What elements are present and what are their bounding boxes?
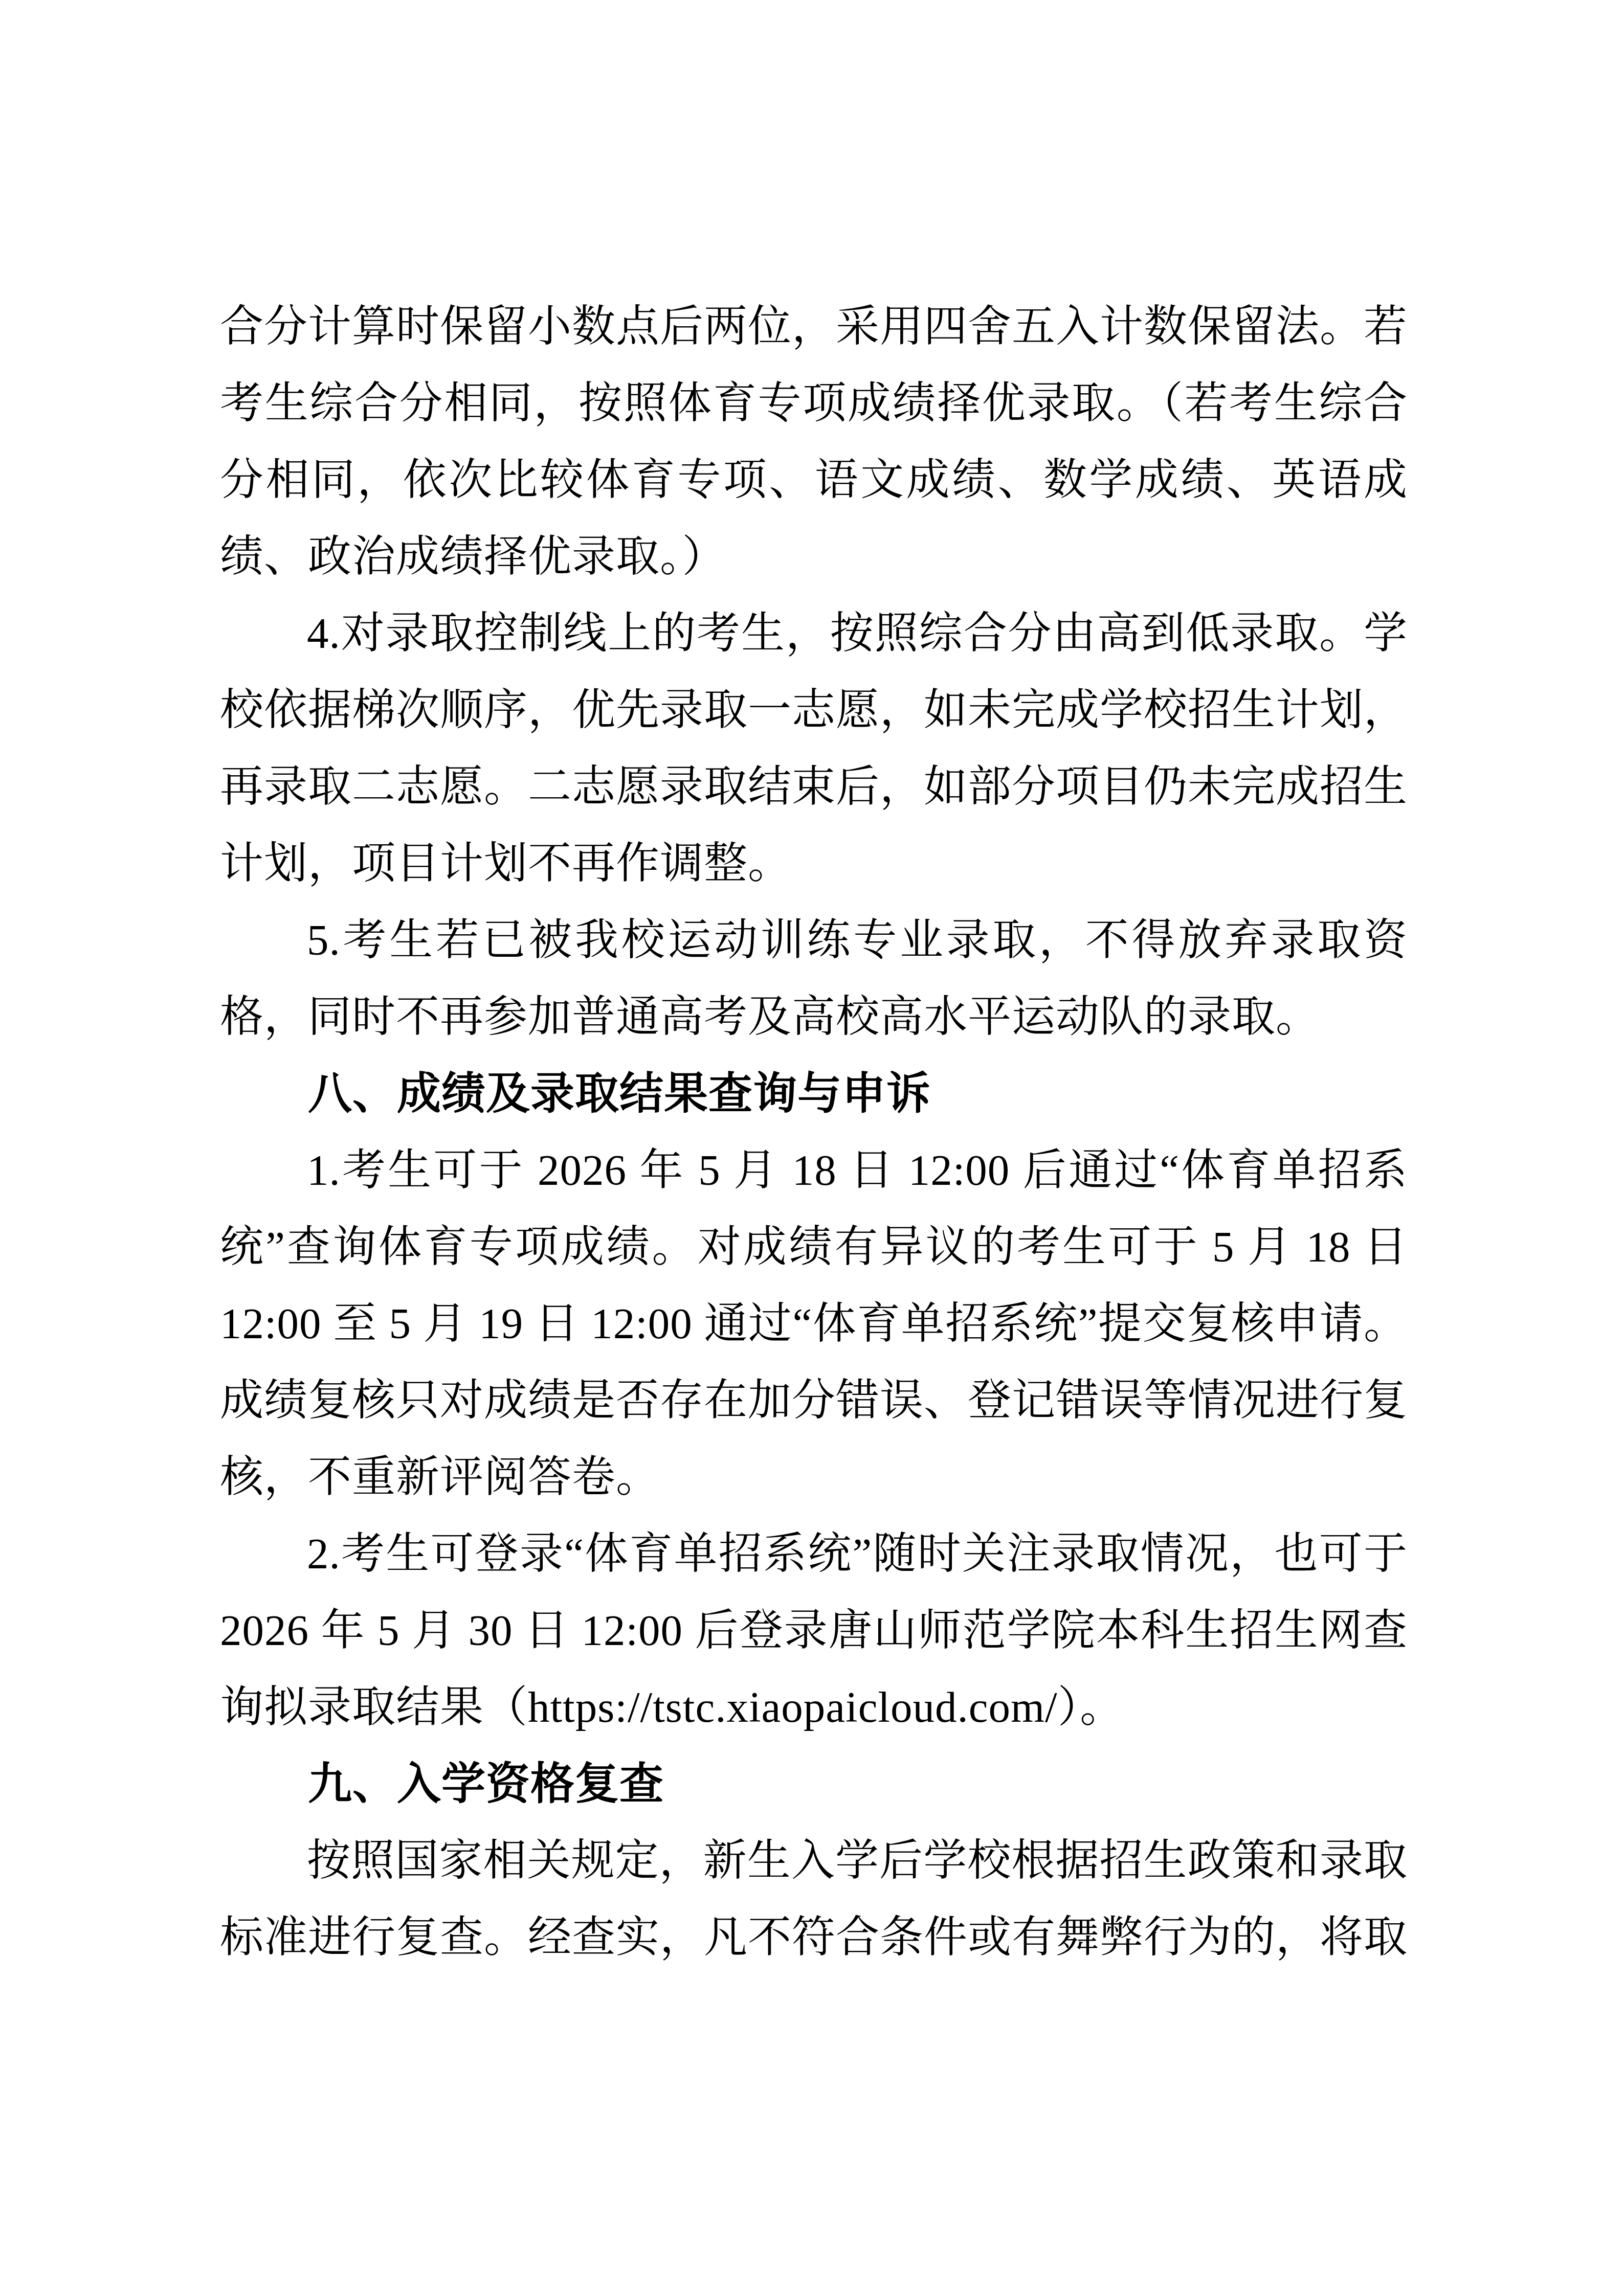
paragraph-item5-no-waiver: 5.考生若已被我校运动训练专业录取，不得放弃录取资格，同时不再参加普通高考及高校… bbox=[220, 902, 1408, 1055]
paragraph-item2-admission-result-inquiry: 2.考生可登录“体育单招系统”随时关注录取情况，也可于 2026 年 5 月 3… bbox=[220, 1516, 1408, 1746]
paragraph-item1-score-inquiry: 1.考生可于 2026 年 5 月 18 日 12:00 后通过“体育单招系统”… bbox=[220, 1132, 1408, 1516]
paragraph-enrollment-recheck: 按照国家相关规定，新生入学后学校根据招生政策和录取标准进行复查。经查实，凡不符合… bbox=[220, 1822, 1408, 1976]
paragraph-item4-admission-order: 4.对录取控制线上的考生，按照综合分由高到低录取。学校依据梯次顺序，优先录取一志… bbox=[220, 595, 1408, 902]
document-text-block: 合分计算时保留小数点后两位，采用四舍五入计数保留法。若考生综合分相同，按照体育专… bbox=[220, 288, 1408, 1976]
document-page: 合分计算时保留小数点后两位，采用四舍五入计数保留法。若考生综合分相同，按照体育专… bbox=[0, 0, 1624, 2296]
section-heading-9-enrollment-qualification-recheck: 九、入学资格复查 bbox=[220, 1746, 1408, 1822]
paragraph-composite-score-rounding: 合分计算时保留小数点后两位，采用四舍五入计数保留法。若考生综合分相同，按照体育专… bbox=[220, 288, 1408, 595]
section-heading-8-score-and-result-inquiry: 八、成绩及录取结果查询与申诉 bbox=[220, 1055, 1408, 1132]
